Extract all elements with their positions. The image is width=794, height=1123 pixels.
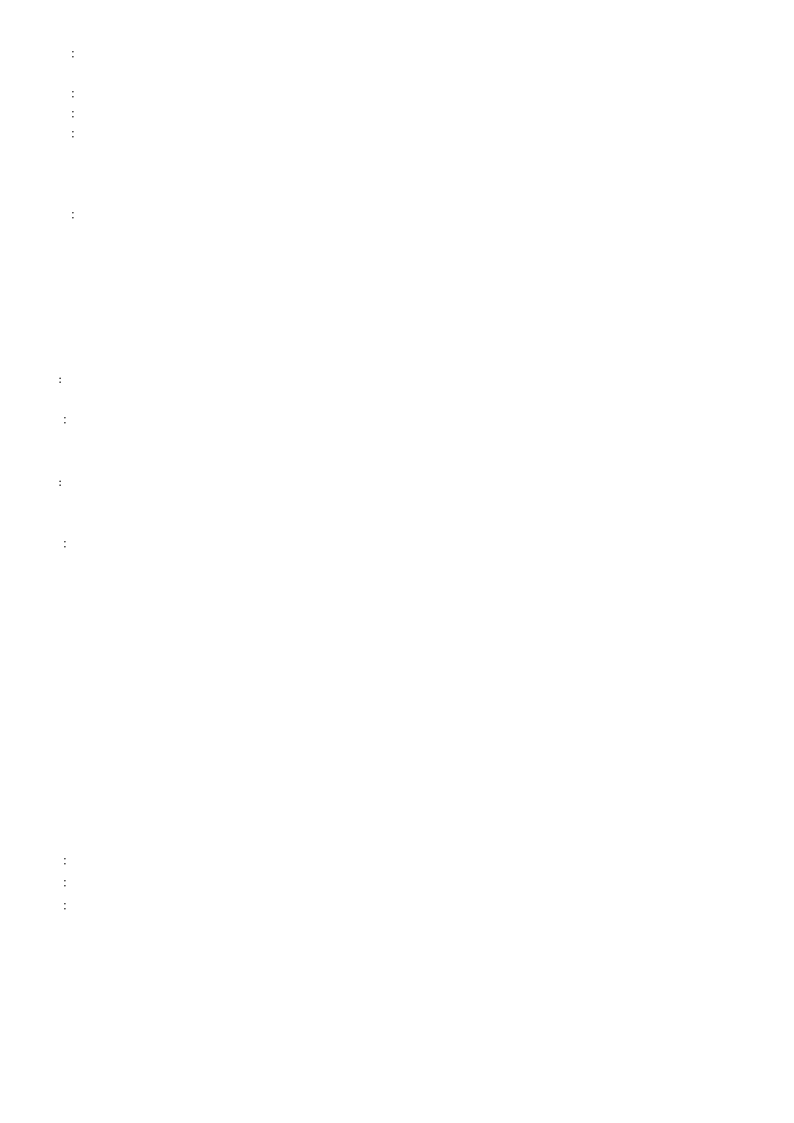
item-15-support: ： xyxy=(58,873,75,893)
item-5-capacity: ： xyxy=(62,44,83,64)
item-6-fee: ： xyxy=(62,84,83,104)
item-8-completion: ： xyxy=(62,124,89,144)
item-13-notes: ： xyxy=(58,534,75,554)
item-10-method: : xyxy=(58,369,62,389)
item-9-units: ： xyxy=(62,205,83,225)
item-16-contact: ： xyxy=(58,896,75,916)
item-7-meals: ： xyxy=(62,104,83,124)
item-12-acceptance: : xyxy=(58,472,62,492)
item-14-organizer: ： xyxy=(58,851,75,871)
item-11-deadline: ： xyxy=(58,410,75,430)
